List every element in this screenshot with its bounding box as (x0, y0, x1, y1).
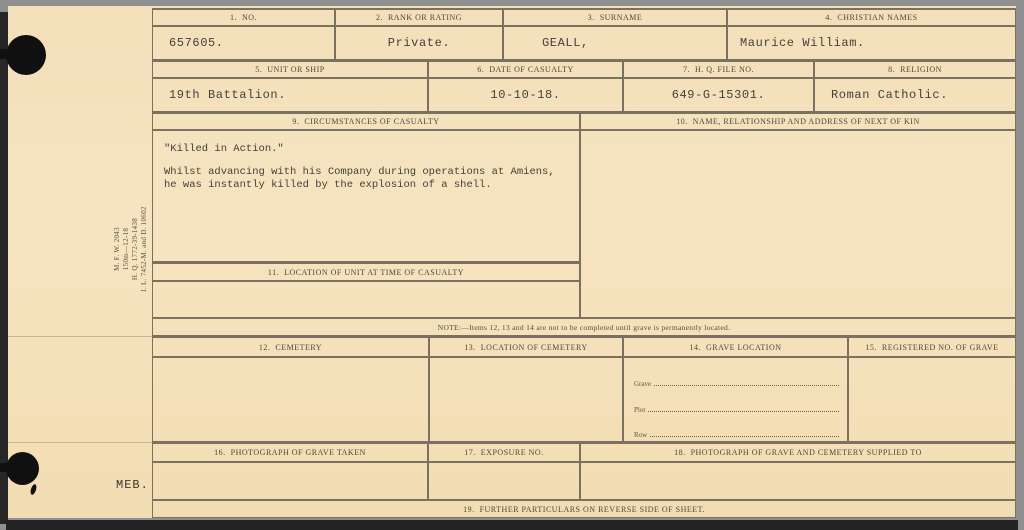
grave-label: Grave (634, 380, 651, 388)
field-exposure-no-header: 17. EXPOSURE NO. (428, 442, 580, 462)
plot-line: Plot (634, 402, 839, 414)
field-next-of-kin-header: 10. NAME, RELATIONSHIP AND ADDRESS OF NE… (580, 112, 1016, 130)
stamp-line: M. F. W. 2043 (113, 206, 122, 291)
field-date-of-casualty-header: 6. DATE OF CASUALTY (428, 60, 623, 78)
field-cemetery-location-header: 13. LOCATION OF CEMETERY (429, 336, 623, 357)
field-photo-taken-header: 16. PHOTOGRAPH OF GRAVE TAKEN (152, 442, 428, 462)
field-christian-names-header: 4. CHRISTIAN NAMES (727, 8, 1016, 26)
field-photo-supplied-header: 18. PHOTOGRAPH OF GRAVE AND CEMETERY SUP… (580, 442, 1016, 462)
casualty-form-table: 1. NO. 2. RANK OR RATING 3. SURNAME 4. C… (152, 8, 1016, 518)
stamp-line: 150m—12-18 (122, 206, 131, 291)
field-hq-file-no-value: 649-G-15301. (623, 78, 814, 112)
field-rank-header: 2. RANK OR RATING (335, 8, 503, 26)
dotted-leader (650, 436, 839, 437)
field-religion-header: 8. RELIGION (814, 60, 1016, 78)
field-hq-file-no-header: 7. H. Q. FILE NO. (623, 60, 814, 78)
field-exposure-no-value (428, 462, 580, 500)
field-religion-value: Roman Catholic. (814, 78, 1016, 112)
field-photo-taken-value (152, 462, 428, 500)
plot-label: Plot (634, 406, 645, 414)
field-christian-names-value: Maurice William. (727, 26, 1016, 60)
dotted-leader (654, 385, 839, 386)
field-registered-grave-no-value (848, 357, 1016, 442)
field-rank-value: Private. (335, 26, 503, 60)
circumstances-line: "Killed in Action." (164, 143, 579, 156)
scanner-edge-left (0, 12, 8, 524)
field-surname-value: GEALL, (503, 26, 727, 60)
field-no-header: 1. NO. (152, 8, 335, 26)
margin-initials: MEB. (116, 478, 149, 492)
field-cemetery-location-value (429, 357, 623, 442)
field-cemetery-header: 12. CEMETERY (152, 336, 429, 357)
field-circumstances-value: "Killed in Action." Whilst advancing wit… (152, 130, 580, 262)
field-unit-value: 19th Battalion. (152, 78, 428, 112)
field-registered-grave-no-header: 15. REGISTERED NO. OF GRAVE (848, 336, 1016, 357)
field-cemetery-value (152, 357, 429, 442)
field-surname-header: 3. SURNAME (503, 8, 727, 26)
row-label: Row (634, 431, 647, 439)
field-grave-location-header: 14. GRAVE LOCATION (623, 336, 848, 357)
field-next-of-kin-value (580, 130, 1016, 318)
circumstances-line: he was instantly killed by the explosion… (164, 179, 579, 192)
field-unit-location-value (152, 281, 580, 318)
circumstances-line: Whilst advancing with his Company during… (164, 166, 579, 179)
field-unit-header: 5. UNIT OR SHIP (152, 60, 428, 78)
field-further-particulars: 19. FURTHER PARTICULARS ON REVERSE SIDE … (152, 500, 1016, 518)
grave-line: Grave (634, 376, 839, 388)
stamp-line: I. L. 7452-M. and D. 10602 (140, 206, 149, 291)
field-photo-supplied-value (580, 462, 1016, 500)
field-date-of-casualty-value: 10-10-18. (428, 78, 623, 112)
punch-hole-icon (6, 452, 39, 485)
field-circumstances-header: 9. CIRCUMSTANCES OF CASUALTY (152, 112, 580, 130)
margin-rule-line (8, 442, 152, 443)
margin-rule-line (8, 336, 152, 337)
dotted-leader (648, 411, 839, 412)
grave-items-note: NOTE:—Items 12, 13 and 14 are not to be … (152, 318, 1016, 336)
field-unit-location-header: 11. LOCATION OF UNIT AT TIME OF CASUALTY (152, 262, 580, 281)
punch-hole-icon (6, 35, 46, 75)
stamp-line: H. Q. 1772-39-1438 (131, 206, 140, 291)
field-no-value: 657605. (152, 26, 335, 60)
field-grave-location-value: Grave Plot Row (623, 357, 848, 442)
scanner-edge-bottom (6, 520, 1018, 530)
row-line: Row (634, 427, 839, 439)
scanned-register-page: M. F. W. 2043 150m—12-18 H. Q. 1772-39-1… (0, 0, 1024, 530)
